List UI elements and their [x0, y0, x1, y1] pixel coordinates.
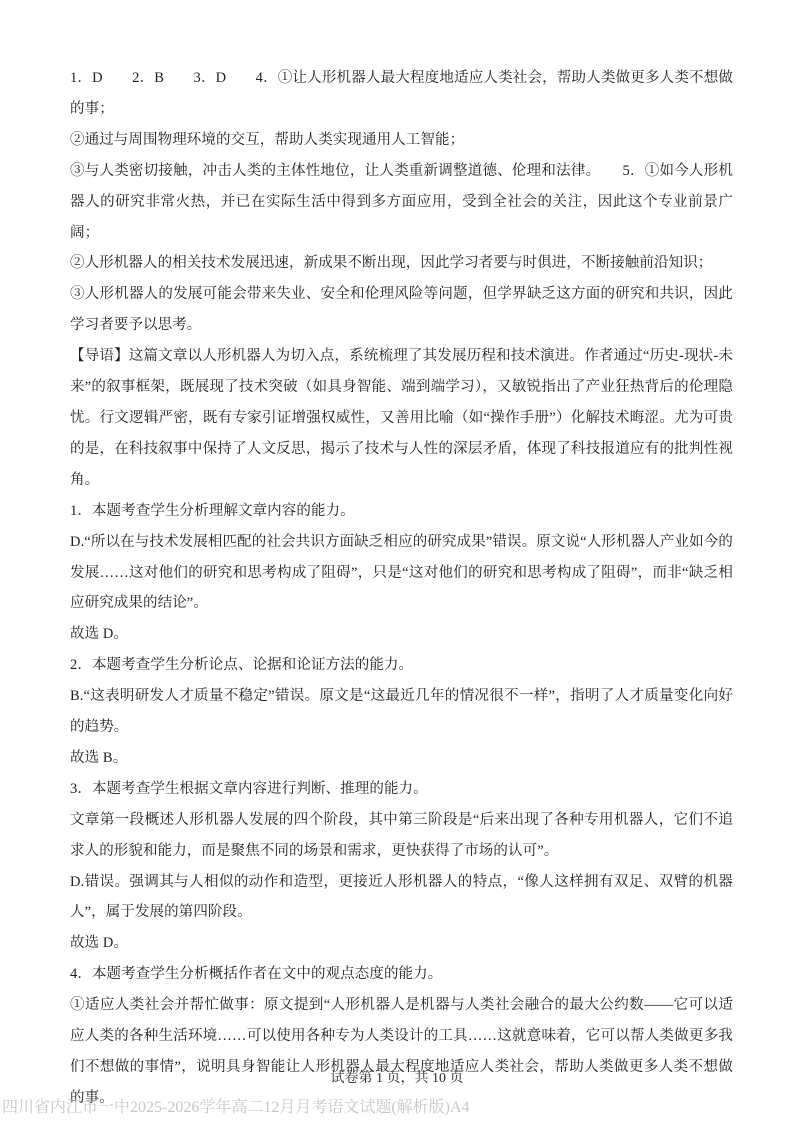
answer-q5-point2: ②人形机器人的相关技术发展迅速，新成果不断出现，因此学习者要与时俱进，不断接触前… — [70, 248, 733, 279]
page-number-label: 试卷第 1 页，共 10 页 — [331, 1071, 464, 1086]
watermark-label: 四川省内江市一中2025-2026学年高二12月月考语文试题(解析版)A4 — [2, 1099, 470, 1116]
document-title-watermark: 四川省内江市一中2025-2026学年高二12月月考语文试题(解析版)A4 — [2, 1098, 470, 1118]
page-number-footer: 试卷第 1 页，共 10 页 — [0, 1068, 794, 1090]
q3-conclusion: 故选 D。 — [70, 928, 733, 959]
q1-conclusion: 故选 D。 — [70, 619, 733, 650]
answer-q4-point3-and-q5: ③与人类密切接触，冲击人类的主体性地位，让人类重新调整道德、伦理和法律。 5．①… — [70, 156, 733, 249]
daoyu-summary-paragraph: 【导语】这篇文章以人形机器人为切入点，系统梳理了其发展历程和技术演进。作者通过“… — [70, 341, 733, 496]
q3-passage-analysis: 文章第一段概述人形机器人发展的四个阶段，其中第三阶段是“后来出现了各种专用机器人… — [70, 805, 733, 867]
q3-ability-statement: 3．本题考查学生根据文章内容进行判断、推理的能力。 — [70, 774, 733, 805]
q1-option-d-analysis: D.“所以在与技术发展相匹配的社会共识方面缺乏相应的研究成果”错误。原文说“人形… — [70, 527, 733, 620]
q3-option-d-analysis: D.错误。强调其与人相似的动作和造型，更接近人形机器人的特点，“像人这样拥有双足… — [70, 867, 733, 929]
q1-ability-statement: 1．本题考查学生分析理解文章内容的能力。 — [70, 496, 733, 527]
q2-option-b-analysis: B.“这表明研发人才质量不稳定”错误。原文是“这最近几年的情况很不一样”，指明了… — [70, 681, 733, 743]
answer-q4-point2: ②通过与周围物理环境的交互，帮助人类实现通用人工智能； — [70, 125, 733, 156]
q2-ability-statement: 2．本题考查学生分析论点、论据和论证方法的能力。 — [70, 650, 733, 681]
answer-line-q1-to-q4: 1．D 2．B 3．D 4．①让人形机器人最大程度地适应人类社会，帮助人类做更多… — [70, 63, 733, 125]
q4-point1-analysis: ①适应人类社会并帮忙做事：原文提到“人形机器人是机器与人类社会融合的最大公约数—… — [70, 990, 733, 1114]
answer-q5-point3: ③人形机器人的发展可能会带来失业、安全和伦理风险等问题，但学界缺乏这方面的研究和… — [70, 279, 733, 341]
document-page: 1．D 2．B 3．D 4．①让人形机器人最大程度地适应人类社会，帮助人类做更多… — [0, 0, 794, 1123]
q4-ability-statement: 4．本题考查学生分析概括作者在文中的观点态度的能力。 — [70, 959, 733, 990]
answer-analysis-content: 1．D 2．B 3．D 4．①让人形机器人最大程度地适应人类社会，帮助人类做更多… — [70, 63, 733, 1114]
q2-conclusion: 故选 B。 — [70, 743, 733, 774]
